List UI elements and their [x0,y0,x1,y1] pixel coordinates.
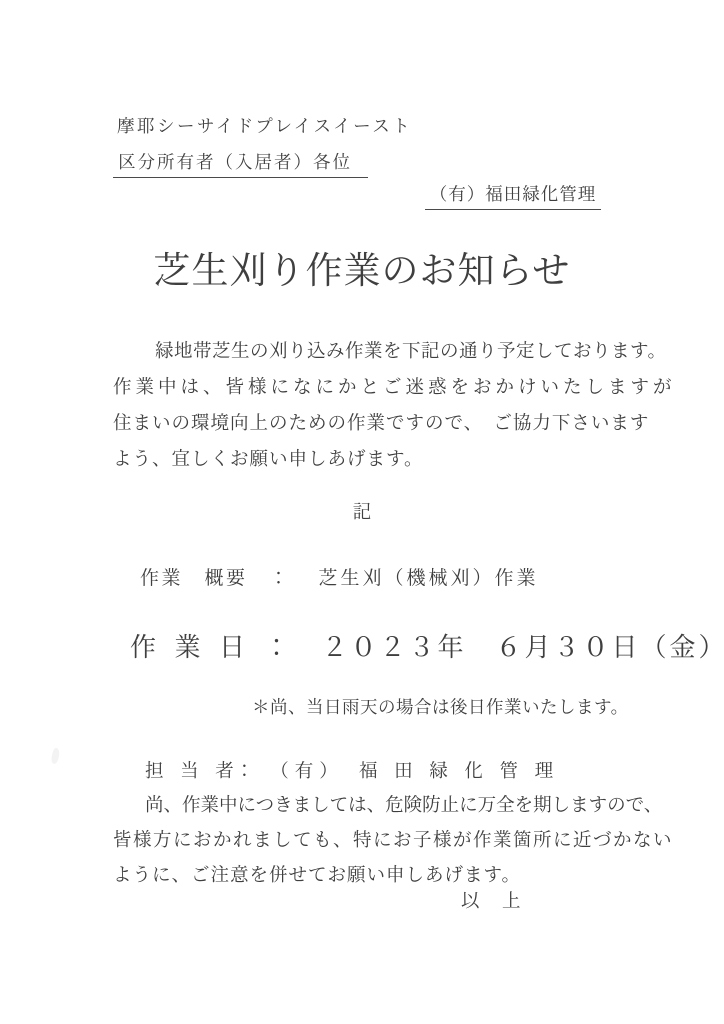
recipient-addressee-line: 区分所有者（入居者）各位 [113,149,368,178]
work-summary-value: 芝生刈（機械刈）作業 [319,568,539,589]
notice-document-page: 摩耶シーサイドプレイスイースト 区分所有者（入居者）各位 （有）福田緑化管理 芝… [0,0,724,1024]
intro-paragraph-line: よう、宜しくお願い申しあげます。 [113,445,424,471]
work-summary-row: 作業 概要 ：芝生刈（機械刈）作業 [140,563,539,590]
caution-paragraph-line: 尚、作業中につきましては、危険防止に万全を期しますので、 [145,791,662,817]
caution-paragraph-line: 皆様方におかれましても、特にお子様が作業箇所に近づかない [113,826,673,852]
caution-paragraph-line: ように、ご注意を併せてお願い申しあげます。 [113,861,521,887]
intro-paragraph-line: 緑地帯芝生の刈り込み作業を下記の通り予定しております。 [155,337,667,363]
work-date-label: 作 業 日 ： [130,633,296,662]
scan-smudge-artifact [50,747,60,764]
work-date-value: ２０２３年 ６月３０日（金） [322,633,724,662]
closing-ijou: 以 上 [461,887,523,913]
sender-company-name: （有）福田緑化管理 [425,181,601,210]
page-title: 芝生刈り作業のお知らせ [0,240,724,294]
record-marker: 記 [0,498,724,524]
intro-paragraph-line: 作業中は、皆様になにかとご迷惑をおかけいたしますが [113,373,676,399]
intro-paragraph-line: 住まいの環境向上のための作業ですので、 ご協力下さいます [113,409,649,435]
recipient-building-name: 摩耶シーサイドプレイスイースト [117,113,412,138]
contact-person-line: 担 当 者： （有） 福 田 緑 化 管 理 [145,757,559,783]
rain-postponement-note: ＊尚、当日雨天の場合は後日作業いたします。 [252,694,629,719]
work-date-row: 作 業 日 ：２０２３年 ６月３０日（金） [130,627,724,664]
work-summary-label: 作業 概要 ： [140,568,291,589]
